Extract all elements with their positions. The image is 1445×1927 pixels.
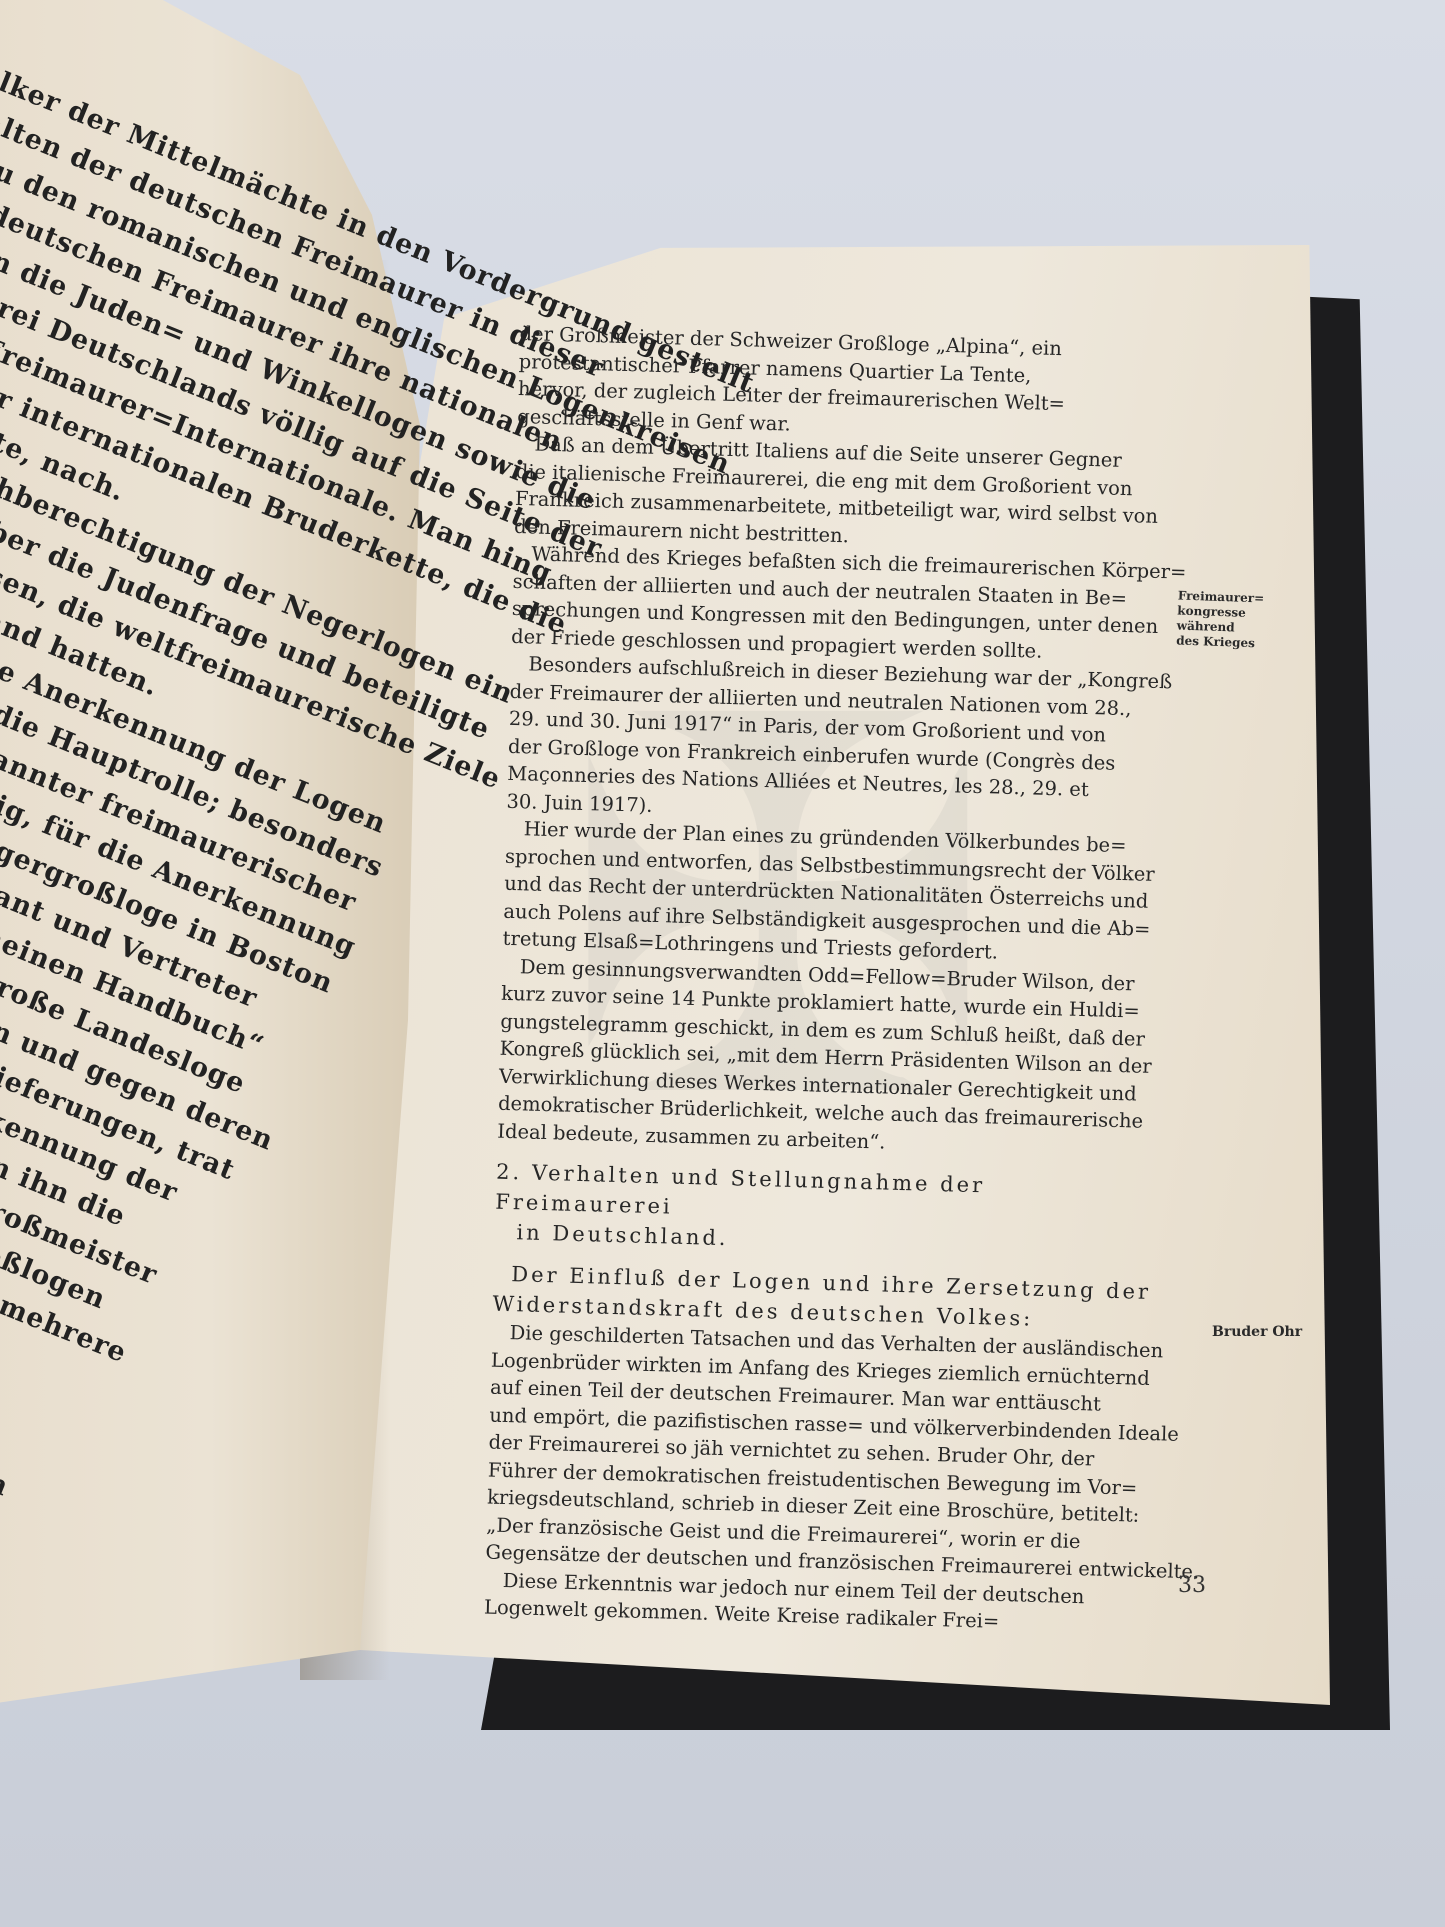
body-paragraphs-1: der Großmeister der Schweizer Großloge „…	[497, 320, 1180, 1163]
margin-note-line: des Krieges	[1176, 633, 1263, 651]
margin-note-congress: Freimaurer= kongresse während des Kriege…	[1176, 589, 1264, 652]
margin-note-bruder-ohr: Bruder Ohr	[1212, 1325, 1302, 1340]
book-photo: ✠ ölker der Mittelmächte in den Vordergr…	[0, 0, 1445, 1927]
body-paragraphs-2: Die geschilderten Tatsachen und das Verh…	[484, 1319, 1152, 1640]
right-page-text: der Großmeister der Schweizer Großloge „…	[484, 320, 1180, 1639]
page-number: 33	[1178, 1573, 1206, 1598]
section-heading: 2. Verhalten und Stellungnahme der Freim…	[494, 1157, 1156, 1265]
